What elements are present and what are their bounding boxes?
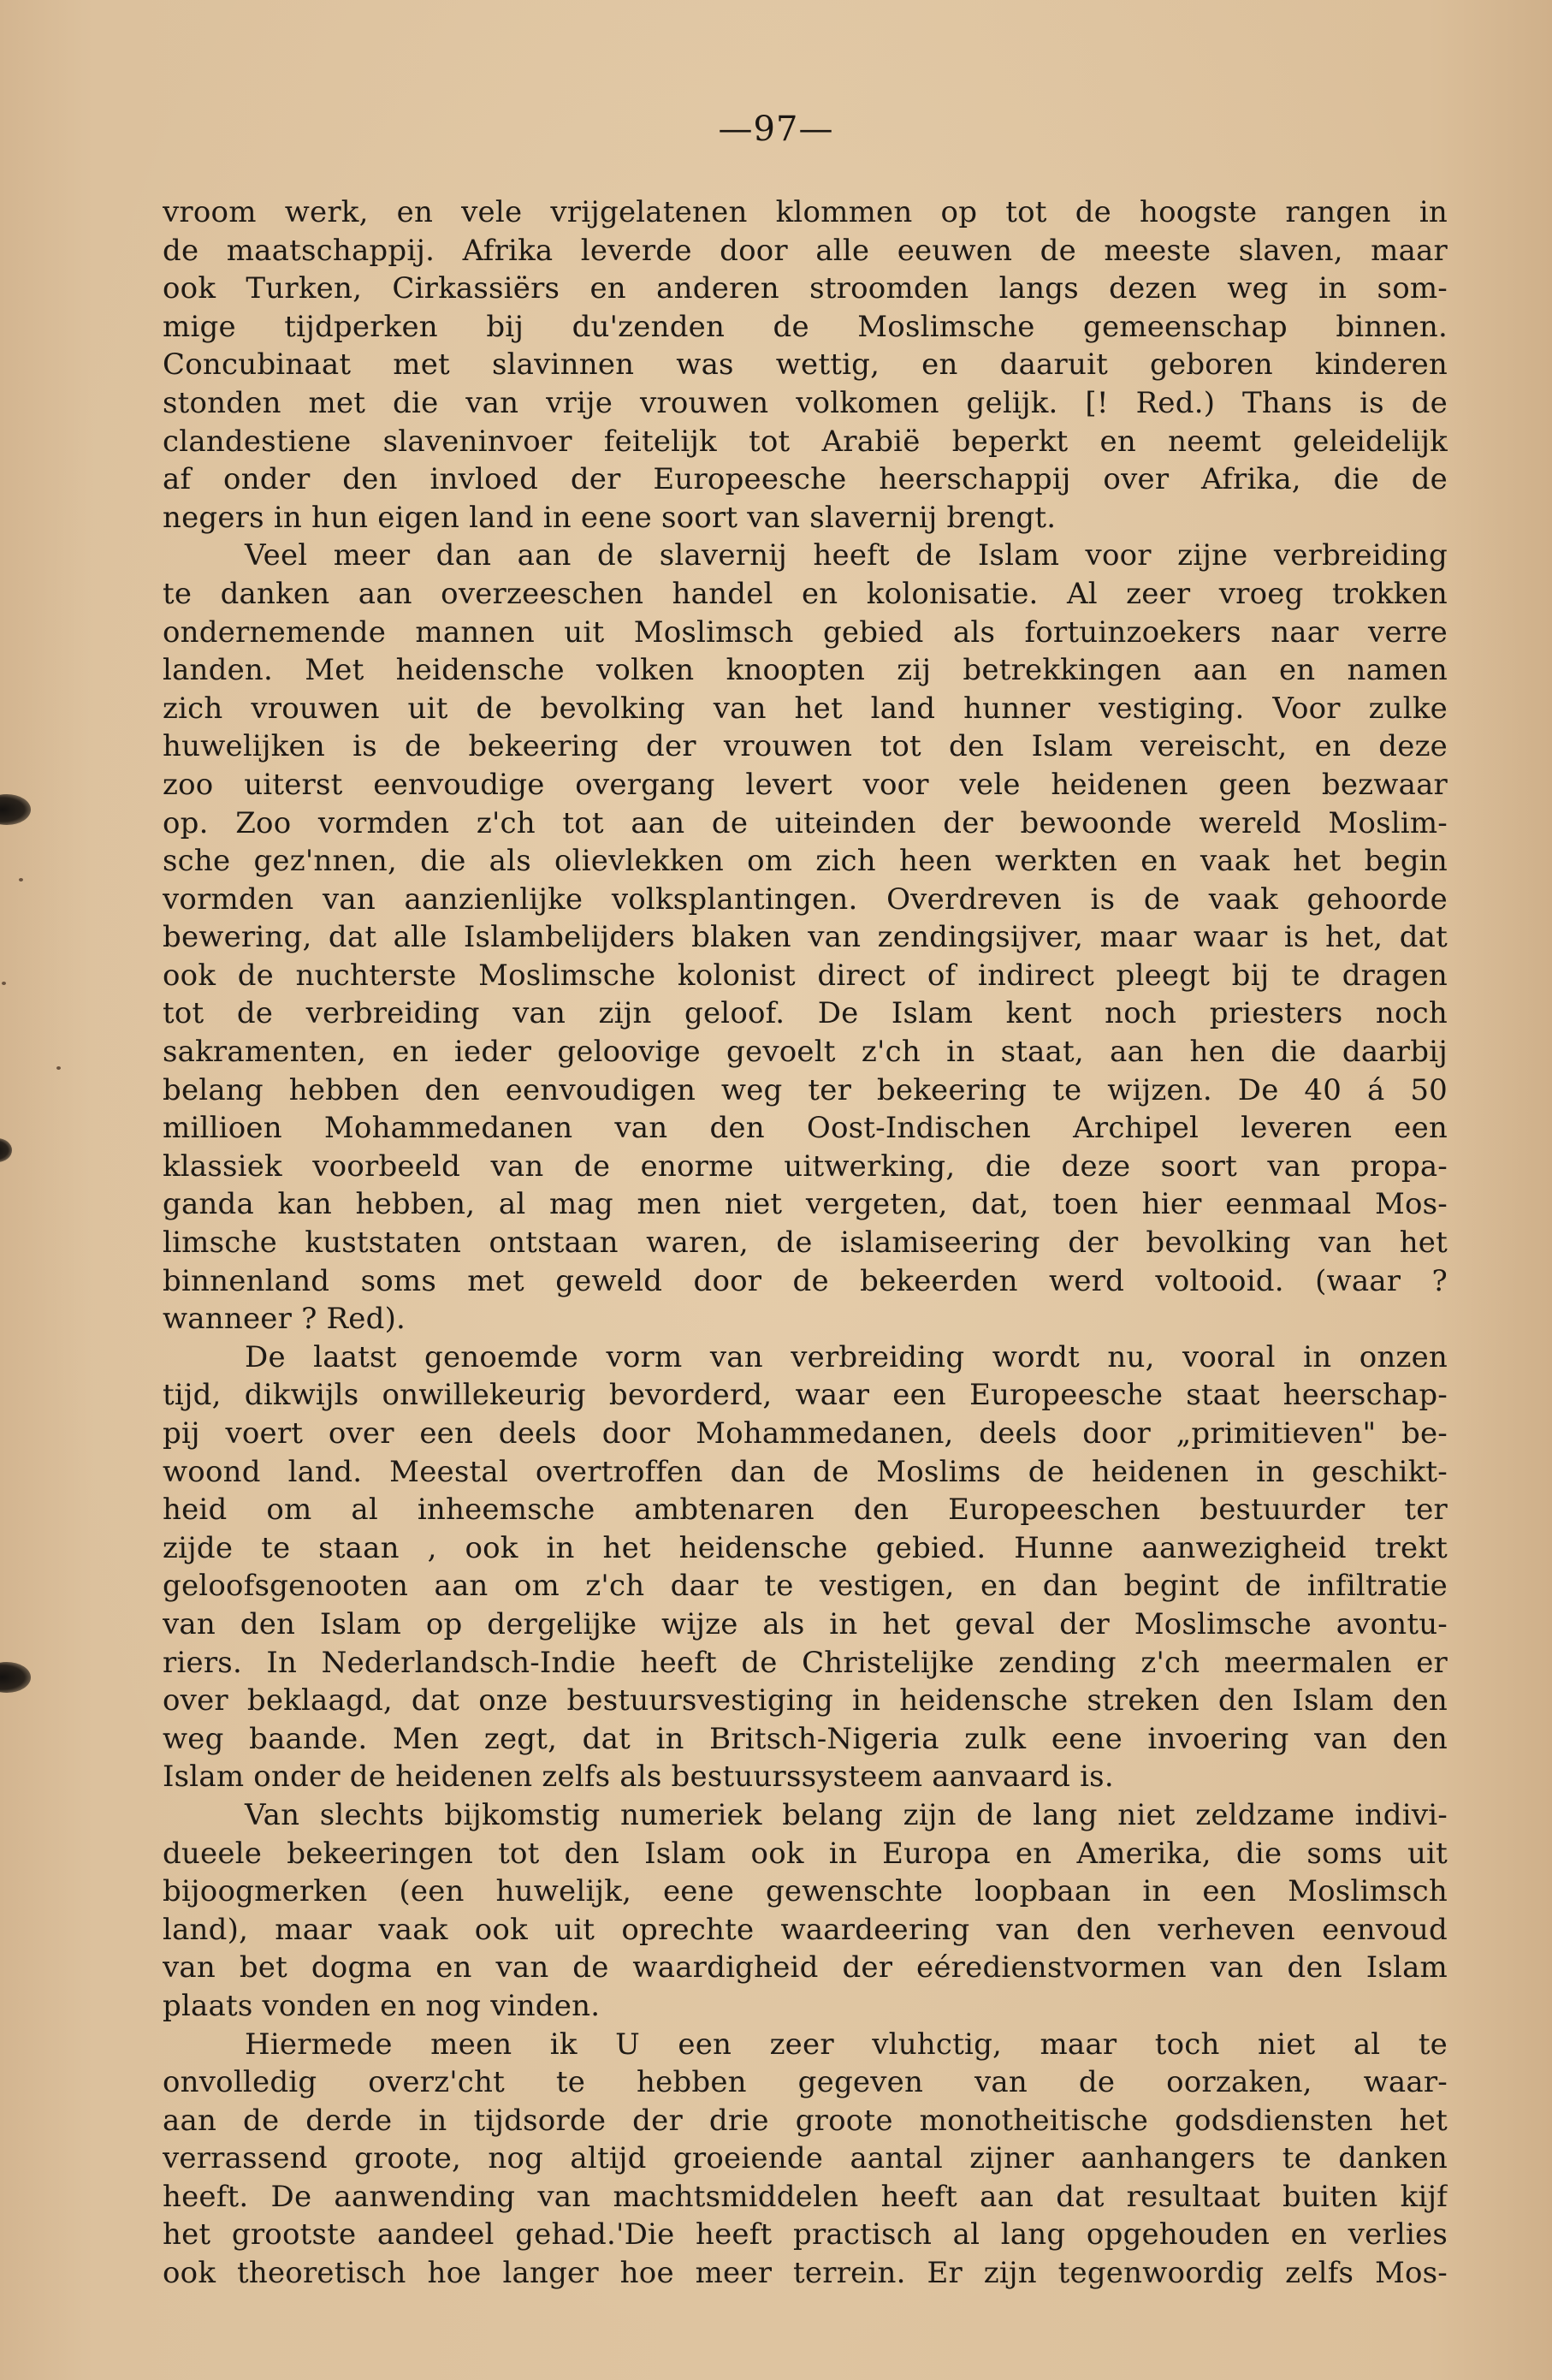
text-line: Concubinaat met slavinnen was wettig, en… [163, 346, 1448, 384]
text-line: heid om al inheemsche ambtenaren den Eur… [163, 1491, 1448, 1529]
text-line: ondernemende mannen uit Moslimsch gebied… [163, 614, 1448, 652]
text-line: wanneer ? Red). [163, 1300, 1448, 1338]
text-line: klassiek voorbeeld van de enorme uitwerk… [163, 1148, 1448, 1186]
text-line: op. Zoo vormden z'ch tot aan de uiteinde… [163, 804, 1448, 843]
paragraph: Hiermede meen ik U een zeer vluhctig, ma… [163, 2026, 1448, 2293]
text-line: sakramenten, en ieder geloovige gevoelt … [163, 1033, 1448, 1071]
text-line: negers in hun eigen land in eene soort v… [163, 499, 1448, 537]
text-line: landen. Met heidensche volken knoopten z… [163, 651, 1448, 690]
text-line: zich vrouwen uit de bevolking van het la… [163, 690, 1448, 728]
text-line: plaats vonden en nog vinden. [163, 1987, 1448, 2026]
text-line: aan de derde in tijdsorde der drie groot… [163, 2102, 1448, 2140]
text-line: binnenland soms met geweld door de bekee… [163, 1262, 1448, 1301]
text-line: vroom werk, en vele vrijgelatenen klomme… [163, 193, 1448, 232]
text-line: verrassend groote, nog altijd groeiende … [163, 2140, 1448, 2178]
text-line: woond land. Meestal overtroffen dan de M… [163, 1453, 1448, 1492]
text-line: riers. In Nederlandsch-Indie heeft de Ch… [163, 1644, 1448, 1683]
text-line: dueele bekeeringen tot den Islam ook in … [163, 1835, 1448, 1873]
text-line: bewering, dat alle Islambelijders blaken… [163, 918, 1448, 957]
text-line: vormden van aanzienlijke volksplantingen… [163, 881, 1448, 919]
text-line: weg baande. Men zegt, dat in Britsch-Nig… [163, 1720, 1448, 1759]
text-line: over beklaagd, dat onze bestuursvestigin… [163, 1682, 1448, 1720]
text-line: van bet dogma en van de waardigheid der … [163, 1949, 1448, 1987]
text-line: sche gez'nnen, die als olievlekken om zi… [163, 842, 1448, 881]
punch-hole-decoration [0, 794, 31, 825]
text-line: ook de nuchterste Moslimsche kolonist di… [163, 957, 1448, 995]
text-line: geloofsgenooten aan om z'ch daar te vest… [163, 1567, 1448, 1605]
text-line: heeft. De aanwending van machtsmiddelen … [163, 2178, 1448, 2217]
paper-speck [56, 1066, 61, 1070]
scanned-page: —97— vroom werk, en vele vrijgelatenen k… [0, 0, 1552, 2380]
text-line: onvolledig overz'cht te hebben gegeven v… [163, 2063, 1448, 2102]
text-line: land), maar vaak ook uit oprechte waarde… [163, 1911, 1448, 1950]
punch-hole-decoration [0, 1662, 31, 1693]
paragraph: Van slechts bijkomstig numeriek belang z… [163, 1796, 1448, 2026]
paper-speck [19, 878, 23, 881]
punch-hole-decoration [0, 1138, 12, 1162]
text-line: limsche kuststaten ontstaan waren, de is… [163, 1224, 1448, 1262]
text-line: mige tijdperken bij du'zenden de Moslims… [163, 308, 1448, 347]
text-line: Hiermede meen ik U een zeer vluhctig, ma… [163, 2026, 1448, 2064]
text-line: ganda kan hebben, al mag men niet verget… [163, 1185, 1448, 1224]
text-line: van den Islam op dergelijke wijze als in… [163, 1605, 1448, 1644]
text-line: tot de verbreiding van zijn geloof. De I… [163, 994, 1448, 1033]
paragraph: Veel meer dan aan de slavernij heeft de … [163, 537, 1448, 1338]
text-line: De laatst genoemde vorm van verbreiding … [163, 1338, 1448, 1377]
text-line: de maatschappij. Afrika leverde door all… [163, 232, 1448, 270]
text-line: te danken aan overzeeschen handel en kol… [163, 575, 1448, 614]
text-line: clandestiene slaveninvoer feitelijk tot … [163, 423, 1448, 461]
page-number: —97— [0, 110, 1552, 149]
paper-speck [2, 982, 6, 985]
text-line: belang hebben den eenvoudigen weg ter be… [163, 1071, 1448, 1110]
text-line: pij voert over een deels door Mohammedan… [163, 1415, 1448, 1453]
text-line: af onder den invloed der Europeesche hee… [163, 460, 1448, 499]
text-line: ook Turken, Cirkassiërs en anderen stroo… [163, 270, 1448, 308]
body-text: vroom werk, en vele vrijgelatenen klomme… [163, 193, 1448, 2293]
text-line: tijd, dikwijls onwillekeurig bevorderd, … [163, 1376, 1448, 1415]
text-line: zijde te staan , ook in het heidensche g… [163, 1529, 1448, 1568]
text-line: stonden met die van vrije vrouwen volkom… [163, 384, 1448, 423]
text-line: ook theoretisch hoe langer hoe meer terr… [163, 2254, 1448, 2293]
paragraph: vroom werk, en vele vrijgelatenen klomme… [163, 193, 1448, 537]
text-line: bijoogmerken (een huwelijk, eene gewensc… [163, 1873, 1448, 1911]
text-line: huwelijken is de bekeering der vrouwen t… [163, 727, 1448, 766]
text-line: millioen Mohammedanen van den Oost-Indis… [163, 1109, 1448, 1148]
text-line: Islam onder de heidenen zelfs als bestuu… [163, 1758, 1448, 1796]
text-line: Van slechts bijkomstig numeriek belang z… [163, 1796, 1448, 1835]
paragraph: De laatst genoemde vorm van verbreiding … [163, 1338, 1448, 1796]
text-line: het grootste aandeel gehad.'Die heeft pr… [163, 2216, 1448, 2254]
text-line: Veel meer dan aan de slavernij heeft de … [163, 537, 1448, 575]
text-line: zoo uiterst eenvoudige overgang levert v… [163, 766, 1448, 804]
